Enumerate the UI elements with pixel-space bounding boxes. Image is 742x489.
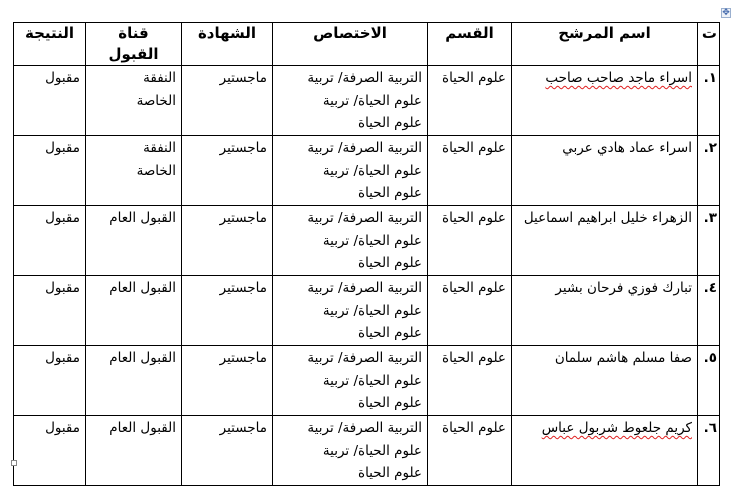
candidate-name-text: اسراء ماجد صاحب صاحب — [545, 70, 692, 86]
admission-channel-cell[interactable]: النفقة الخاصة — [86, 66, 182, 136]
row-number[interactable]: ٤. — [698, 276, 720, 346]
candidate-name[interactable]: تبارك فوزي فرحان بشير — [512, 276, 698, 346]
specialization-line: علوم الحياة/ تربية — [278, 160, 422, 183]
candidate-name[interactable]: الزهراء خليل ابراهيم اسماعيل — [512, 206, 698, 276]
specialization-line: التربية الصرفة/ تربية — [278, 417, 422, 440]
admission-channel-cell[interactable]: القبول العام — [86, 346, 182, 416]
header-specialization: الاختصاص — [273, 23, 428, 66]
table-row: ٥. صفا مسلم هاشم سلمان علوم الحياة الترب… — [14, 346, 720, 416]
specialization-line: التربية الصرفة/ تربية — [278, 207, 422, 230]
admission-channel-line: القبول العام — [91, 207, 176, 230]
table-row: ١. اسراء ماجد صاحب صاحب علوم الحياة التر… — [14, 66, 720, 136]
specialization-line: علوم الحياة/ تربية — [278, 440, 422, 463]
header-name: اسم المرشح — [512, 23, 698, 66]
admission-channel-cell[interactable]: القبول العام — [86, 206, 182, 276]
specialization-line: علوم الحياة — [278, 252, 422, 275]
degree-cell[interactable]: ماجستير — [182, 206, 273, 276]
admission-channel-line: القبول العام — [91, 417, 176, 440]
specialization-line: التربية الصرفة/ تربية — [278, 277, 422, 300]
table-row: ٦. كريم جلعوط شربول عباس علوم الحياة الت… — [14, 416, 720, 486]
department-cell[interactable]: علوم الحياة — [428, 66, 512, 136]
row-number[interactable]: ٦. — [698, 416, 720, 486]
candidate-name[interactable]: اسراء عماد هادي عربي — [512, 136, 698, 206]
result-cell[interactable]: مقبول — [14, 206, 86, 276]
row-number[interactable]: ١. — [698, 66, 720, 136]
specialization-line: التربية الصرفة/ تربية — [278, 67, 422, 90]
specialization-cell[interactable]: التربية الصرفة/ تربية علوم الحياة/ تربية… — [273, 66, 428, 136]
admission-channel-line: الخاصة — [91, 90, 176, 113]
specialization-cell[interactable]: التربية الصرفة/ تربية علوم الحياة/ تربية… — [273, 136, 428, 206]
result-cell[interactable]: مقبول — [14, 136, 86, 206]
degree-cell[interactable]: ماجستير — [182, 276, 273, 346]
result-cell[interactable]: مقبول — [14, 416, 86, 486]
specialization-line: التربية الصرفة/ تربية — [278, 347, 422, 370]
department-cell[interactable]: علوم الحياة — [428, 346, 512, 416]
department-cell[interactable]: علوم الحياة — [428, 136, 512, 206]
header-result: النتيجة — [14, 23, 86, 66]
degree-cell[interactable]: ماجستير — [182, 136, 273, 206]
admission-channel-line: النفقة — [91, 137, 176, 160]
candidates-table: ت اسم المرشح القسم الاختصاص الشهادة قناة… — [13, 22, 720, 486]
admission-channel-cell[interactable]: القبول العام — [86, 276, 182, 346]
table-resize-handle-icon[interactable] — [11, 460, 17, 466]
specialization-line: علوم الحياة/ تربية — [278, 230, 422, 253]
specialization-line: علوم الحياة/ تربية — [278, 370, 422, 393]
header-admission-channel: قناة القبول — [86, 23, 182, 66]
specialization-line: علوم الحياة — [278, 322, 422, 345]
specialization-cell[interactable]: التربية الصرفة/ تربية علوم الحياة/ تربية… — [273, 416, 428, 486]
department-cell[interactable]: علوم الحياة — [428, 416, 512, 486]
specialization-line: علوم الحياة — [278, 182, 422, 205]
result-cell[interactable]: مقبول — [14, 346, 86, 416]
specialization-line: علوم الحياة/ تربية — [278, 300, 422, 323]
table-row: ٤. تبارك فوزي فرحان بشير علوم الحياة الت… — [14, 276, 720, 346]
row-number[interactable]: ٣. — [698, 206, 720, 276]
specialization-cell[interactable]: التربية الصرفة/ تربية علوم الحياة/ تربية… — [273, 346, 428, 416]
admission-channel-line: النفقة — [91, 67, 176, 90]
admission-channel-line: القبول العام — [91, 347, 176, 370]
header-row: ت اسم المرشح القسم الاختصاص الشهادة قناة… — [14, 23, 720, 66]
header-department: القسم — [428, 23, 512, 66]
table-move-handle-icon[interactable]: ✥ — [721, 8, 731, 18]
degree-cell[interactable]: ماجستير — [182, 346, 273, 416]
specialization-cell[interactable]: التربية الصرفة/ تربية علوم الحياة/ تربية… — [273, 206, 428, 276]
candidate-name-text: كريم جلعوط شربول عباس — [542, 420, 692, 436]
candidate-name[interactable]: اسراء ماجد صاحب صاحب — [512, 66, 698, 136]
table-row: ٣. الزهراء خليل ابراهيم اسماعيل علوم الح… — [14, 206, 720, 276]
specialization-line: علوم الحياة — [278, 112, 422, 135]
candidate-name[interactable]: كريم جلعوط شربول عباس — [512, 416, 698, 486]
specialization-line: علوم الحياة — [278, 392, 422, 415]
candidate-name[interactable]: صفا مسلم هاشم سلمان — [512, 346, 698, 416]
specialization-line: علوم الحياة/ تربية — [278, 90, 422, 113]
result-cell[interactable]: مقبول — [14, 66, 86, 136]
table-row: ٢. اسراء عماد هادي عربي علوم الحياة التر… — [14, 136, 720, 206]
degree-cell[interactable]: ماجستير — [182, 66, 273, 136]
result-cell[interactable]: مقبول — [14, 276, 86, 346]
specialization-line: علوم الحياة — [278, 462, 422, 485]
department-cell[interactable]: علوم الحياة — [428, 276, 512, 346]
header-degree: الشهادة — [182, 23, 273, 66]
admission-channel-cell[interactable]: النفقة الخاصة — [86, 136, 182, 206]
admission-channel-line: الخاصة — [91, 160, 176, 183]
row-number[interactable]: ٢. — [698, 136, 720, 206]
row-number[interactable]: ٥. — [698, 346, 720, 416]
specialization-cell[interactable]: التربية الصرفة/ تربية علوم الحياة/ تربية… — [273, 276, 428, 346]
header-num: ت — [698, 23, 720, 66]
specialization-line: التربية الصرفة/ تربية — [278, 137, 422, 160]
degree-cell[interactable]: ماجستير — [182, 416, 273, 486]
admission-channel-line: القبول العام — [91, 277, 176, 300]
department-cell[interactable]: علوم الحياة — [428, 206, 512, 276]
admission-channel-cell[interactable]: القبول العام — [86, 416, 182, 486]
